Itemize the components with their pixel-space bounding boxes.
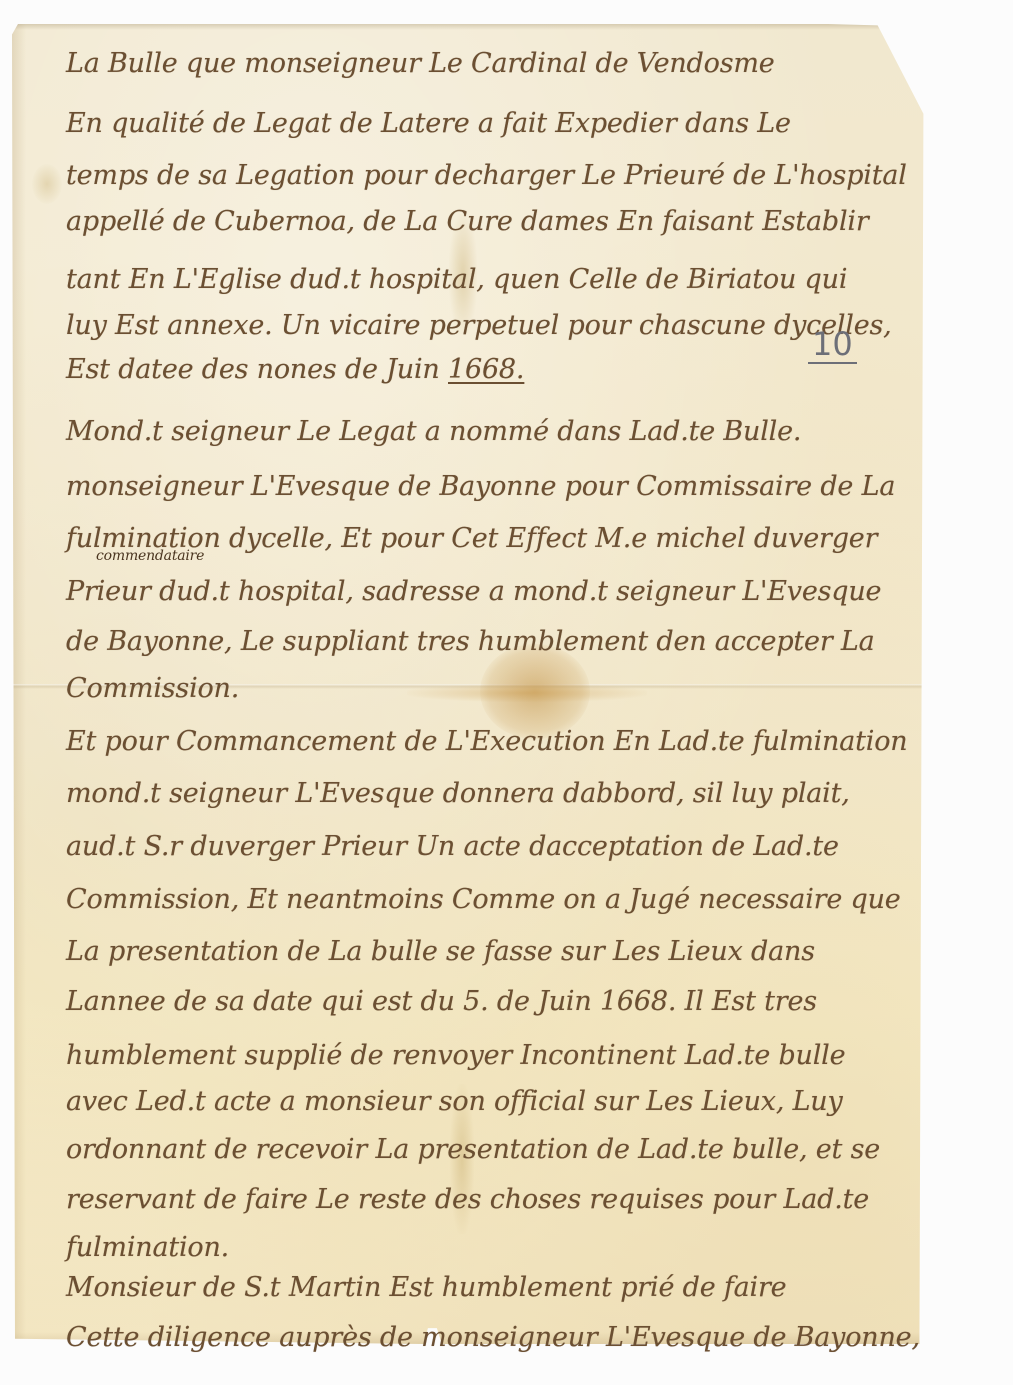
manuscript-line: Lannee de sa date qui est du 5. de Juin … — [66, 988, 817, 1015]
manuscript-line: Cette diligence auprès de monseigneur L'… — [66, 1324, 920, 1351]
scanned-page: La Bulle que monseigneur Le Cardinal de … — [0, 0, 1013, 1385]
manuscript-line: luy Est annexe. Un vicaire perpetuel pou… — [66, 312, 892, 339]
interlinear-insertion: commendataire — [96, 548, 204, 564]
manuscript-line: fulmination. — [66, 1234, 229, 1261]
manuscript-line: Monsieur de S.t Martin Est humblement pr… — [66, 1274, 786, 1301]
manuscript-line: de Bayonne, Le suppliant tres humblement… — [66, 628, 875, 655]
manuscript-line: avec Led.t acte a monsieur son official … — [66, 1088, 843, 1115]
manuscript-line: temps de sa Legation pour decharger Le P… — [66, 162, 907, 189]
underlined-date: 1668. — [448, 354, 524, 385]
water-stain — [32, 164, 62, 204]
manuscript-line: ordonnant de recevoir La presentation de… — [66, 1136, 880, 1163]
manuscript-line: Prieur dud.t hospital, sadresse a mond.t… — [66, 578, 881, 605]
water-stain — [480, 644, 590, 739]
manuscript-line: appellé de Cubernoa, de La Cure dames En… — [66, 208, 869, 235]
manuscript-line: reservant de faire Le reste des choses r… — [66, 1186, 869, 1213]
manuscript-line: La Bulle que monseigneur Le Cardinal de … — [66, 50, 775, 77]
manuscript-line: Commission. — [66, 675, 239, 702]
manuscript-line: monseigneur L'Evesque de Bayonne pour Co… — [66, 473, 895, 500]
manuscript-line: humblement supplié de renvoyer Incontine… — [66, 1042, 845, 1069]
page-number: 10 — [808, 328, 857, 364]
manuscript-line: Est datee des nones de Juin 1668. — [66, 356, 524, 383]
manuscript-line: tant En L'Eglise dud.t hospital, quen Ce… — [66, 266, 847, 293]
manuscript-line: mond.t seigneur L'Evesque donnera dabbor… — [66, 780, 850, 807]
manuscript-line: Et pour Commancement de L'Execution En L… — [66, 728, 907, 755]
manuscript-line: aud.t S.r duverger Prieur Un acte daccep… — [66, 833, 839, 860]
manuscript-line: La presentation de La bulle se fasse sur… — [66, 938, 815, 965]
manuscript-line: Mond.t seigneur Le Legat a nommé dans La… — [66, 418, 801, 445]
line-text: Est datee des nones de Juin — [66, 354, 440, 385]
manuscript-line: Commission, Et neantmoins Comme on a Jug… — [66, 886, 901, 913]
manuscript-line: En qualité de Legat de Latere a fait Exp… — [66, 110, 791, 137]
